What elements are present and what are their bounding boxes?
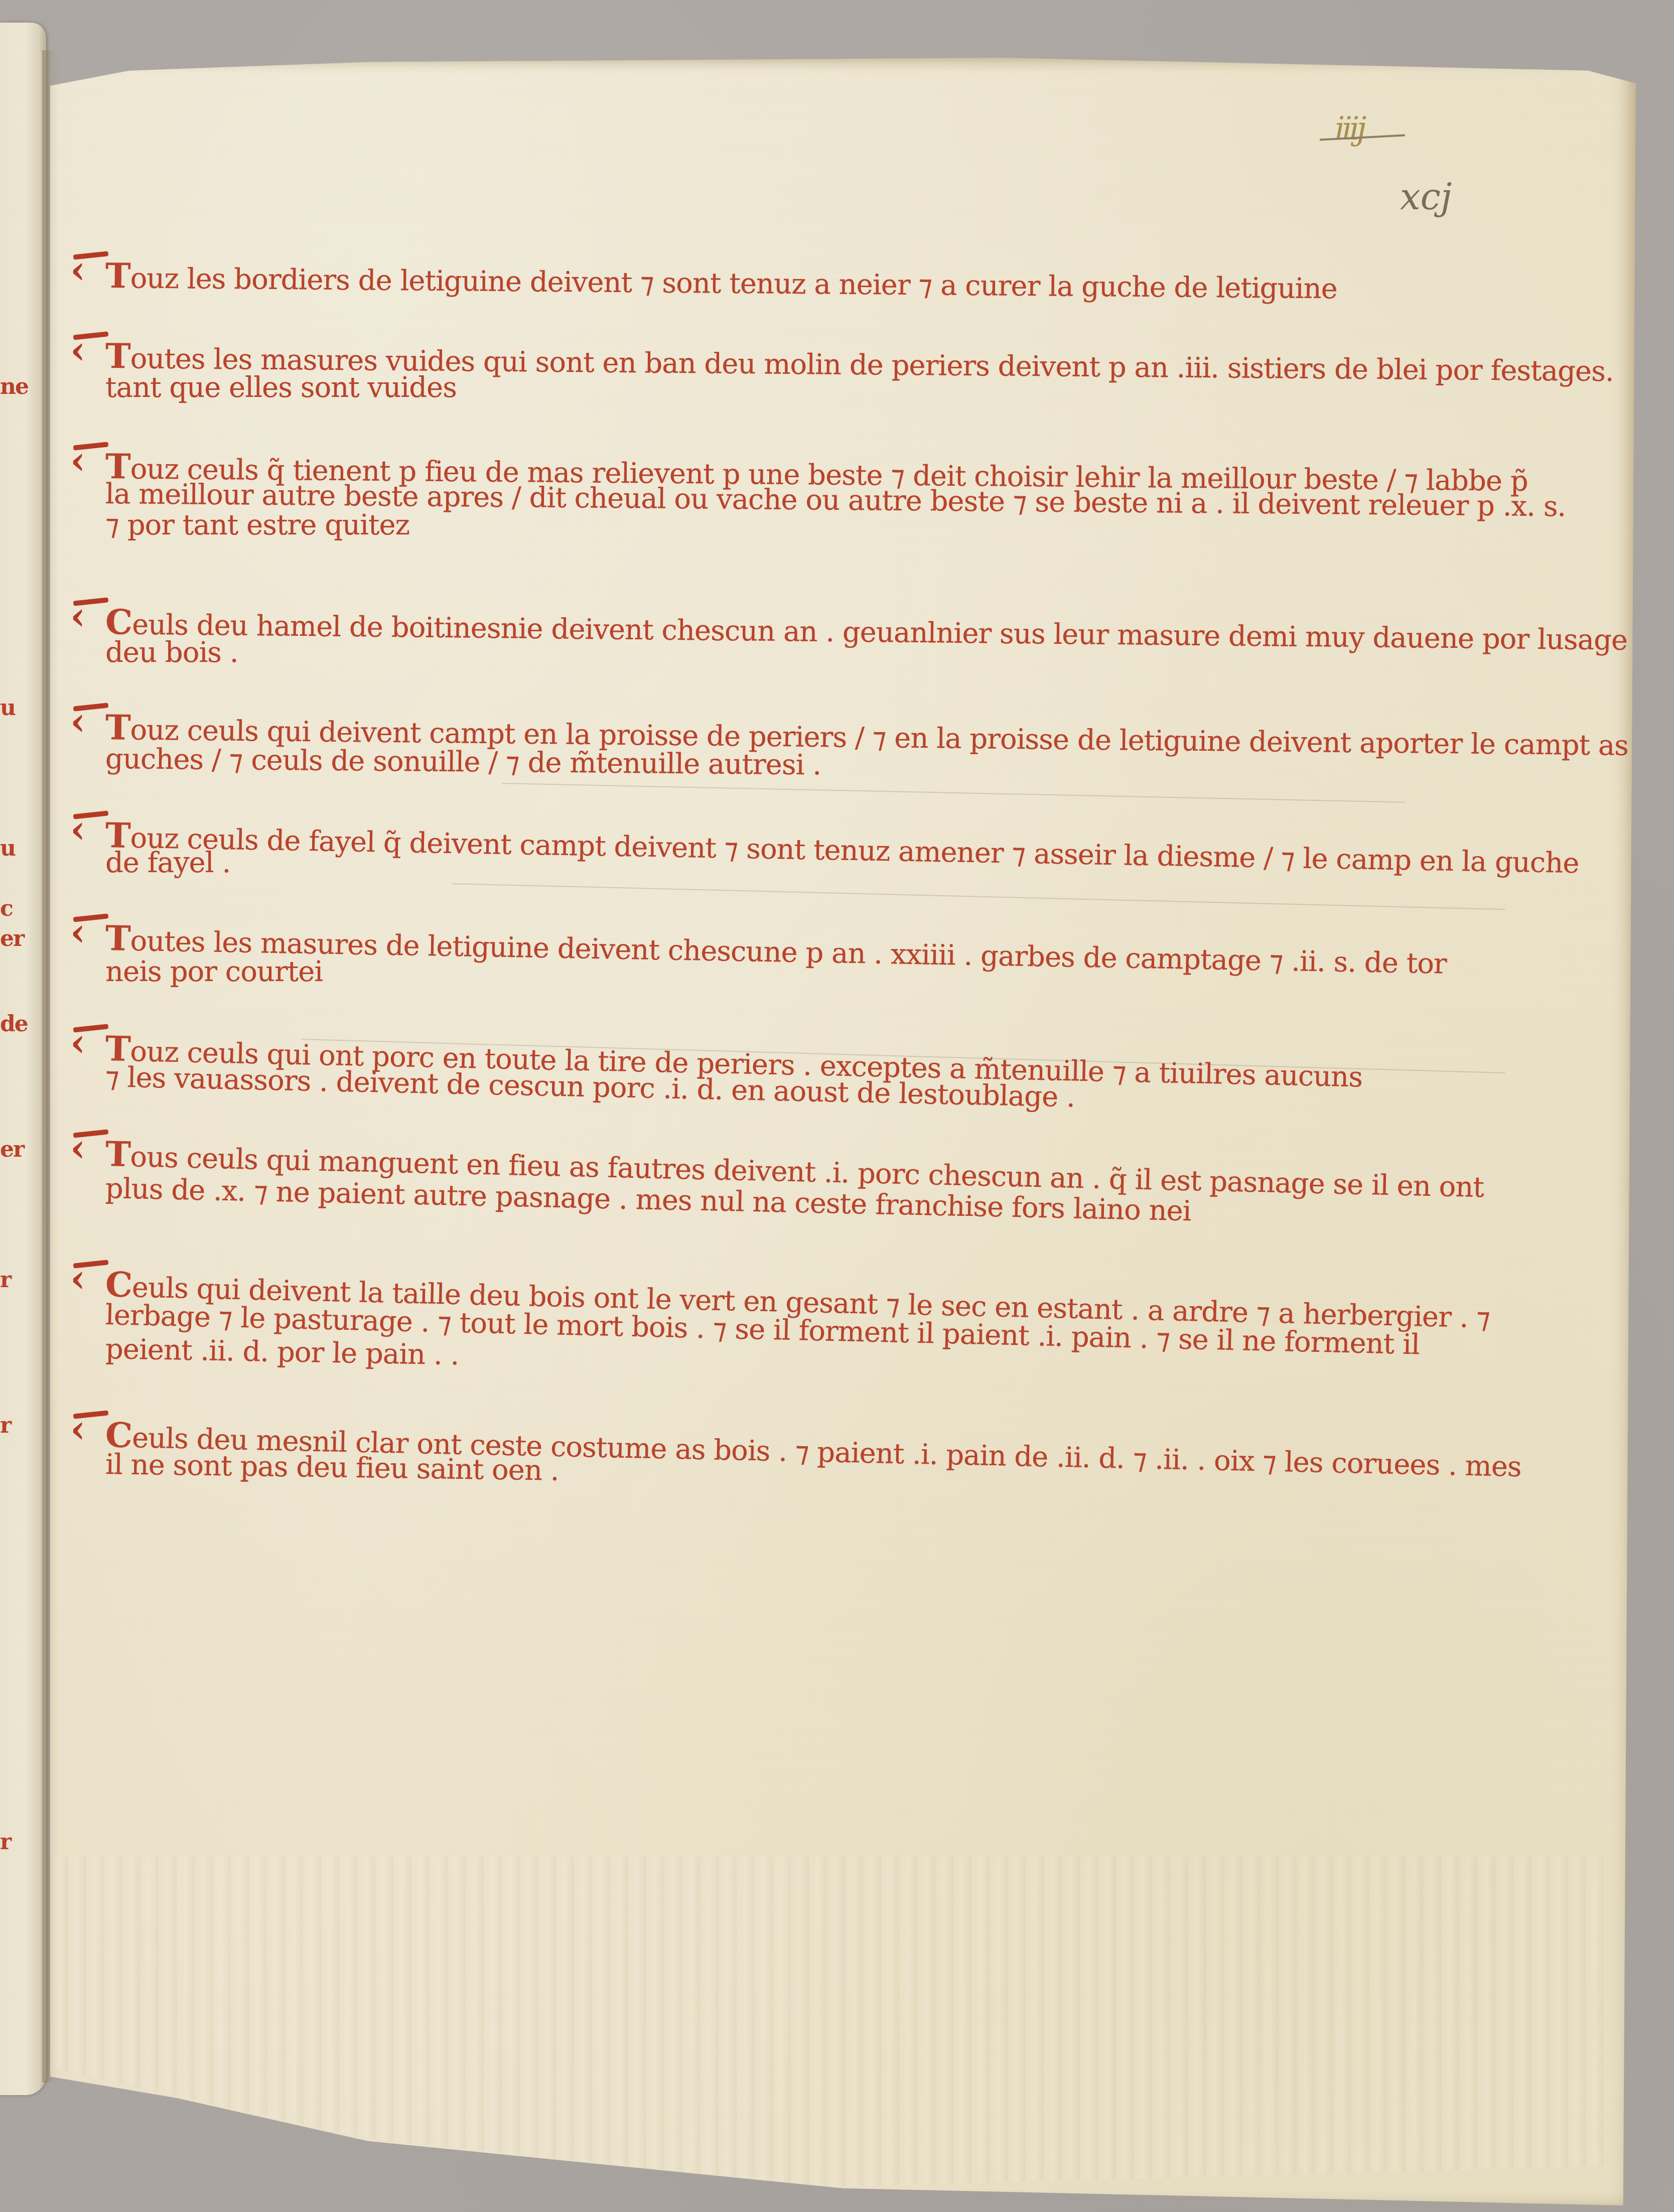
paragraph-mark-icon: ‹ [70,251,85,289]
folio-number-lower: xcj [1400,176,1452,218]
facing-page-text-fragment: r [0,1829,11,1855]
text-line: ⁊ por tant estre quitez [105,509,409,541]
paragraph-mark-icon: ‹ [70,442,85,480]
paragraph-mark-icon: ‹ [70,597,85,635]
facing-page-text-fragment: u [0,836,15,861]
folio-number-upper: iiij [1335,110,1363,148]
paragraph-mark-icon: ‹ [70,1260,85,1298]
paragraph-mark-icon: ‹ [70,1410,85,1448]
paragraph-mark-icon: ‹ [70,913,85,951]
facing-page-edge: ne u u c er de er r r r [0,23,46,2095]
paragraph-mark-icon: ‹ [70,703,85,741]
facing-page-text-fragment: er [0,926,24,951]
text-line: tant que elles sont vuides [105,371,457,404]
paragraph-mark-icon: ‹ [70,331,85,369]
facing-page-text-fragment: de [0,1011,28,1037]
facing-page-text-fragment: c [0,896,13,921]
facing-page-text-fragment: r [0,1413,11,1438]
facing-page-text-fragment: r [0,1267,11,1293]
text-line: de fayel . [105,847,230,879]
facing-page-text-fragment: u [0,695,15,721]
text-line: guches / ⁊ ceuls de sonuille / ⁊ de m̃te… [105,743,821,781]
paragraph-mark-icon: ‹ [70,1024,85,1062]
text-line: neis por courtei [105,955,323,988]
text-line: deu bois . [105,636,238,669]
paragraph-mark-icon: ‹ [70,1129,85,1167]
text-line: il ne sont pas deu fieu saint oen . [105,1448,559,1487]
facing-page-text-fragment: er [0,1137,24,1162]
facing-page-text-fragment: ne [0,374,28,399]
text-line: peient .ii. d. por le pain . . [105,1333,459,1371]
paragraph-mark-icon: ‹ [70,810,85,849]
